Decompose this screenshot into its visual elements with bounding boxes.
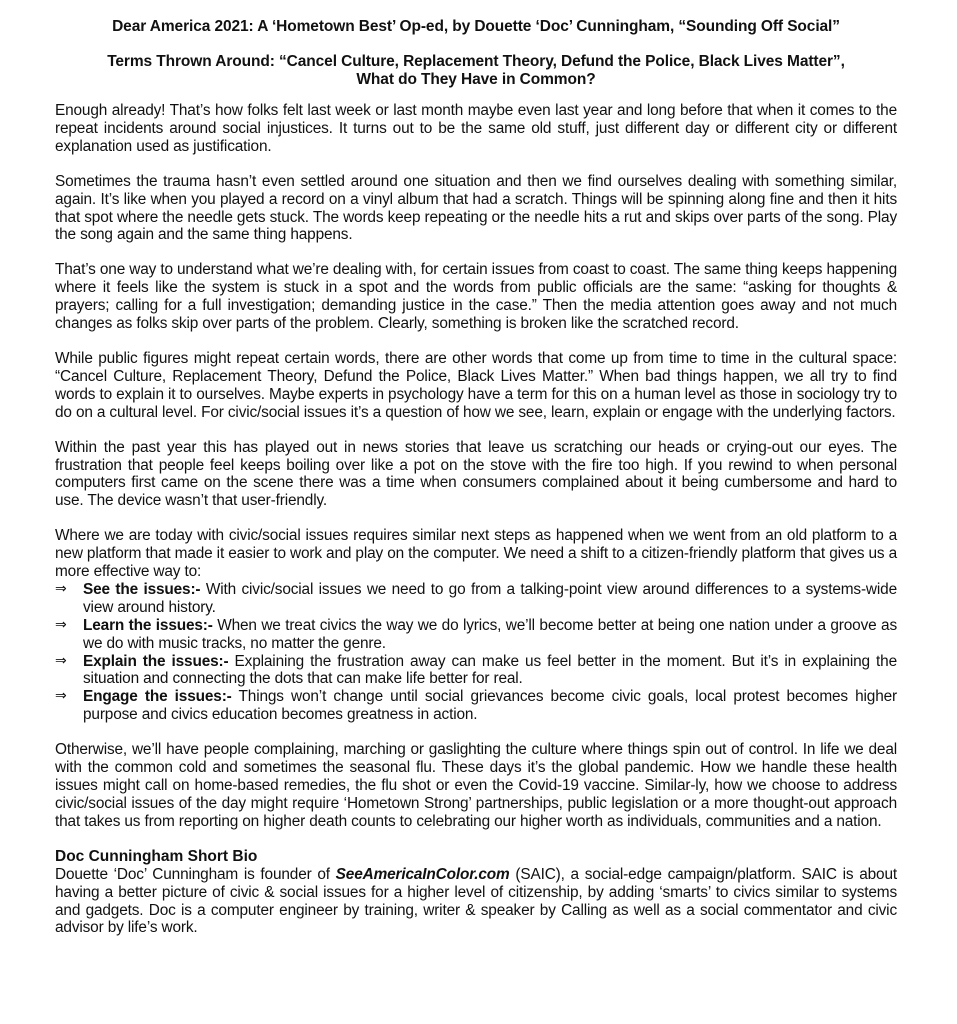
website-link[interactable]: SeeAmericaInColor.com: [336, 866, 510, 883]
subtitle-line-1: Terms Thrown Around: “Cancel Culture, Re…: [107, 53, 845, 70]
bio-text-before: Douette ‘Doc’ Cunningham is founder of: [55, 866, 336, 883]
double-arrow-right-icon: ⇒: [55, 688, 75, 706]
paragraph-5: Within the past year this has played out…: [55, 439, 897, 511]
paragraph-1: Enough already! That’s how folks felt la…: [55, 102, 897, 156]
bullet-text: With civic/social issues we need to go f…: [83, 581, 897, 616]
bio-text: Douette ‘Doc’ Cunningham is founder of S…: [55, 866, 897, 938]
document-title: Dear America 2021: A ‘Hometown Best’ Op-…: [55, 18, 897, 36]
paragraph-2: Sometimes the trauma hasn’t even settled…: [55, 173, 897, 245]
subtitle-line-2: What do They Have in Common?: [356, 71, 595, 88]
bullet-lead: See the issues:-: [83, 581, 200, 598]
closing-paragraph: Otherwise, we’ll have people complaining…: [55, 741, 897, 831]
list-item-engage: ⇒Engage the issues:- Things won’t change…: [55, 688, 897, 724]
double-arrow-right-icon: ⇒: [55, 581, 75, 599]
document-subtitle: Terms Thrown Around: “Cancel Culture, Re…: [55, 53, 897, 89]
issues-list: ⇒See the issues:- With civic/social issu…: [55, 581, 897, 724]
bullet-lead: Explain the issues:-: [83, 653, 228, 670]
bullet-lead: Engage the issues:-: [83, 688, 232, 705]
list-item-see: ⇒See the issues:- With civic/social issu…: [55, 581, 897, 617]
double-arrow-right-icon: ⇒: [55, 617, 75, 635]
document-page: Dear America 2021: A ‘Hometown Best’ Op-…: [0, 0, 957, 937]
paragraph-3: That’s one way to understand what we’re …: [55, 261, 897, 333]
bio-heading: Doc Cunningham Short Bio: [55, 848, 897, 866]
double-arrow-right-icon: ⇒: [55, 653, 75, 671]
paragraph-4: While public figures might repeat certai…: [55, 350, 897, 422]
bullet-lead: Learn the issues:-: [83, 617, 213, 634]
list-item-learn: ⇒Learn the issues:- When we treat civics…: [55, 617, 897, 653]
paragraph-6: Where we are today with civic/social iss…: [55, 527, 897, 581]
list-item-explain: ⇒Explain the issues:- Explaining the fru…: [55, 653, 897, 689]
